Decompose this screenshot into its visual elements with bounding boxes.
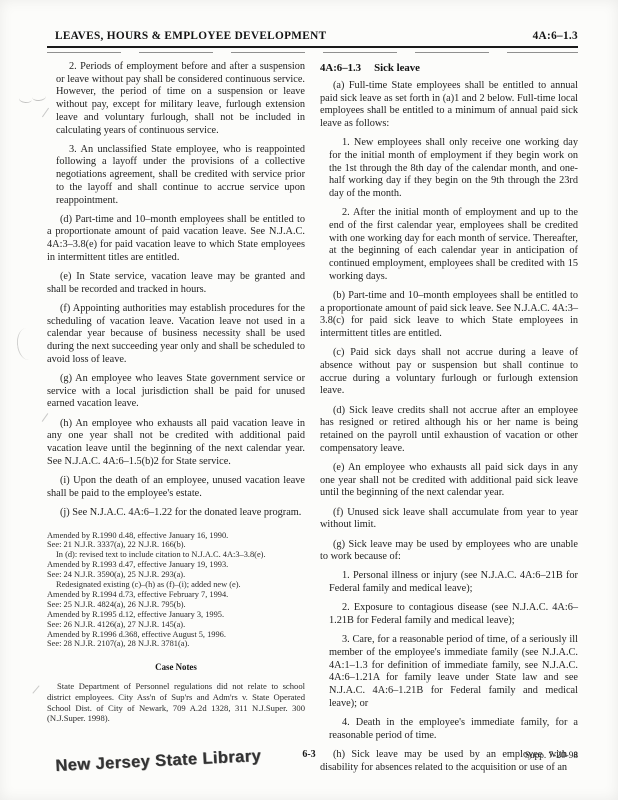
right-column: 4A:6–1.3Sick leave (a) Full-time State e… — [320, 61, 578, 781]
paragraph: (f) Unused sick leave shall accumulate f… — [320, 507, 578, 532]
history-line: In (d): revised text to include citation… — [47, 550, 305, 560]
history-line: See: 28 N.J.R. 2107(a), 28 N.J.R. 3781(a… — [47, 639, 305, 649]
section-title: Sick leave — [374, 62, 420, 74]
history-line: See: 26 N.J.R. 4126(a), 27 N.J.R. 145(a)… — [47, 620, 305, 630]
pencil-mark — [32, 685, 39, 693]
case-notes-heading: Case Notes — [47, 662, 305, 672]
paragraph: 1. New employees shall only receive one … — [320, 137, 578, 201]
history-line: Amended by R.1996 d.368, effective Augus… — [47, 630, 305, 640]
paragraph: (c) Paid sick days shall not accrue duri… — [320, 347, 578, 398]
history-line: Amended by R.1993 d.47, effective Januar… — [47, 560, 305, 570]
case-note: State Department of Personnel regulation… — [47, 681, 305, 723]
case-notes-section: Case Notes State Department of Personnel… — [47, 662, 305, 723]
paragraph: 3. Care, for a reasonable period of time… — [320, 634, 578, 710]
header-section-number: 4A:6–1.3 — [533, 30, 578, 42]
history-line: See: 21 N.J.R. 3337(a), 22 N.J.R. 166(b)… — [47, 540, 305, 550]
paragraph: (f) Appointing authorities may establish… — [47, 303, 305, 367]
section-number: 4A:6–1.3 — [320, 62, 361, 74]
paragraph: (b) Part-time and 10–month employees sha… — [320, 290, 578, 341]
history-line: Amended by R.1995 d.12, effective Januar… — [47, 610, 305, 620]
two-column-layout: 2. Periods of employment before and afte… — [47, 61, 578, 781]
paragraph: 3. An unclassified State employee, who i… — [47, 144, 305, 208]
pencil-mark — [15, 327, 39, 361]
section-heading: 4A:6–1.3Sick leave — [320, 62, 578, 74]
paragraph: (i) Upon the death of an employee, unuse… — [47, 475, 305, 500]
paragraph: 2. Exposure to contagious disease (see N… — [320, 602, 578, 627]
paragraph: 1. Personal illness or injury (see N.J.A… — [320, 570, 578, 595]
page-header: LEAVES, HOURS & EMPLOYEE DEVELOPMENT 4A:… — [55, 30, 578, 42]
header-rule-secondary — [47, 52, 578, 53]
paragraph: (h) An employee who exhausts all paid va… — [47, 418, 305, 469]
paragraph: 4. Death in the employee's immediate fam… — [320, 717, 578, 742]
document-page: LEAVES, HOURS & EMPLOYEE DEVELOPMENT 4A:… — [0, 0, 618, 800]
paragraph: (d) Sick leave credits shall not accrue … — [320, 405, 578, 456]
left-column: 2. Periods of employment before and afte… — [47, 61, 305, 781]
pencil-mark — [32, 91, 47, 101]
paragraph: (g) An employee who leaves State governm… — [47, 373, 305, 411]
history-line: See: 24 N.J.R. 3590(a), 25 N.J.R. 293(a)… — [47, 570, 305, 580]
paragraph: (g) Sick leave may be used by employees … — [320, 539, 578, 564]
history-line: See: 25 N.J.R. 4824(a), 26 N.J.R. 795(b)… — [47, 600, 305, 610]
header-title: LEAVES, HOURS & EMPLOYEE DEVELOPMENT — [55, 30, 326, 42]
paragraph: 2. Periods of employment before and afte… — [47, 61, 305, 137]
pencil-mark — [19, 94, 33, 103]
header-rule — [47, 46, 578, 48]
history-line: Amended by R.1994 d.73, effective Februa… — [47, 590, 305, 600]
paragraph: (a) Full-time State employees shall be e… — [320, 80, 578, 131]
paragraph: (d) Part-time and 10–month employees sha… — [47, 214, 305, 265]
paragraph: (j) See N.J.A.C. 4A:6–1.22 for the donat… — [47, 507, 305, 520]
paragraph: (e) In State service, vacation leave may… — [47, 271, 305, 296]
paragraph: 2. After the initial month of employment… — [320, 207, 578, 283]
paragraph: (e) An employee who exhausts all paid si… — [320, 462, 578, 500]
history-line: Redesignated existing (c)–(h) as (f)–(i)… — [47, 580, 305, 590]
supplement-date: Supp. 7-20-98 — [525, 751, 578, 761]
history-line: Amended by R.1990 d.48, effective Januar… — [47, 531, 305, 541]
amendment-history: Amended by R.1990 d.48, effective Januar… — [47, 531, 305, 650]
